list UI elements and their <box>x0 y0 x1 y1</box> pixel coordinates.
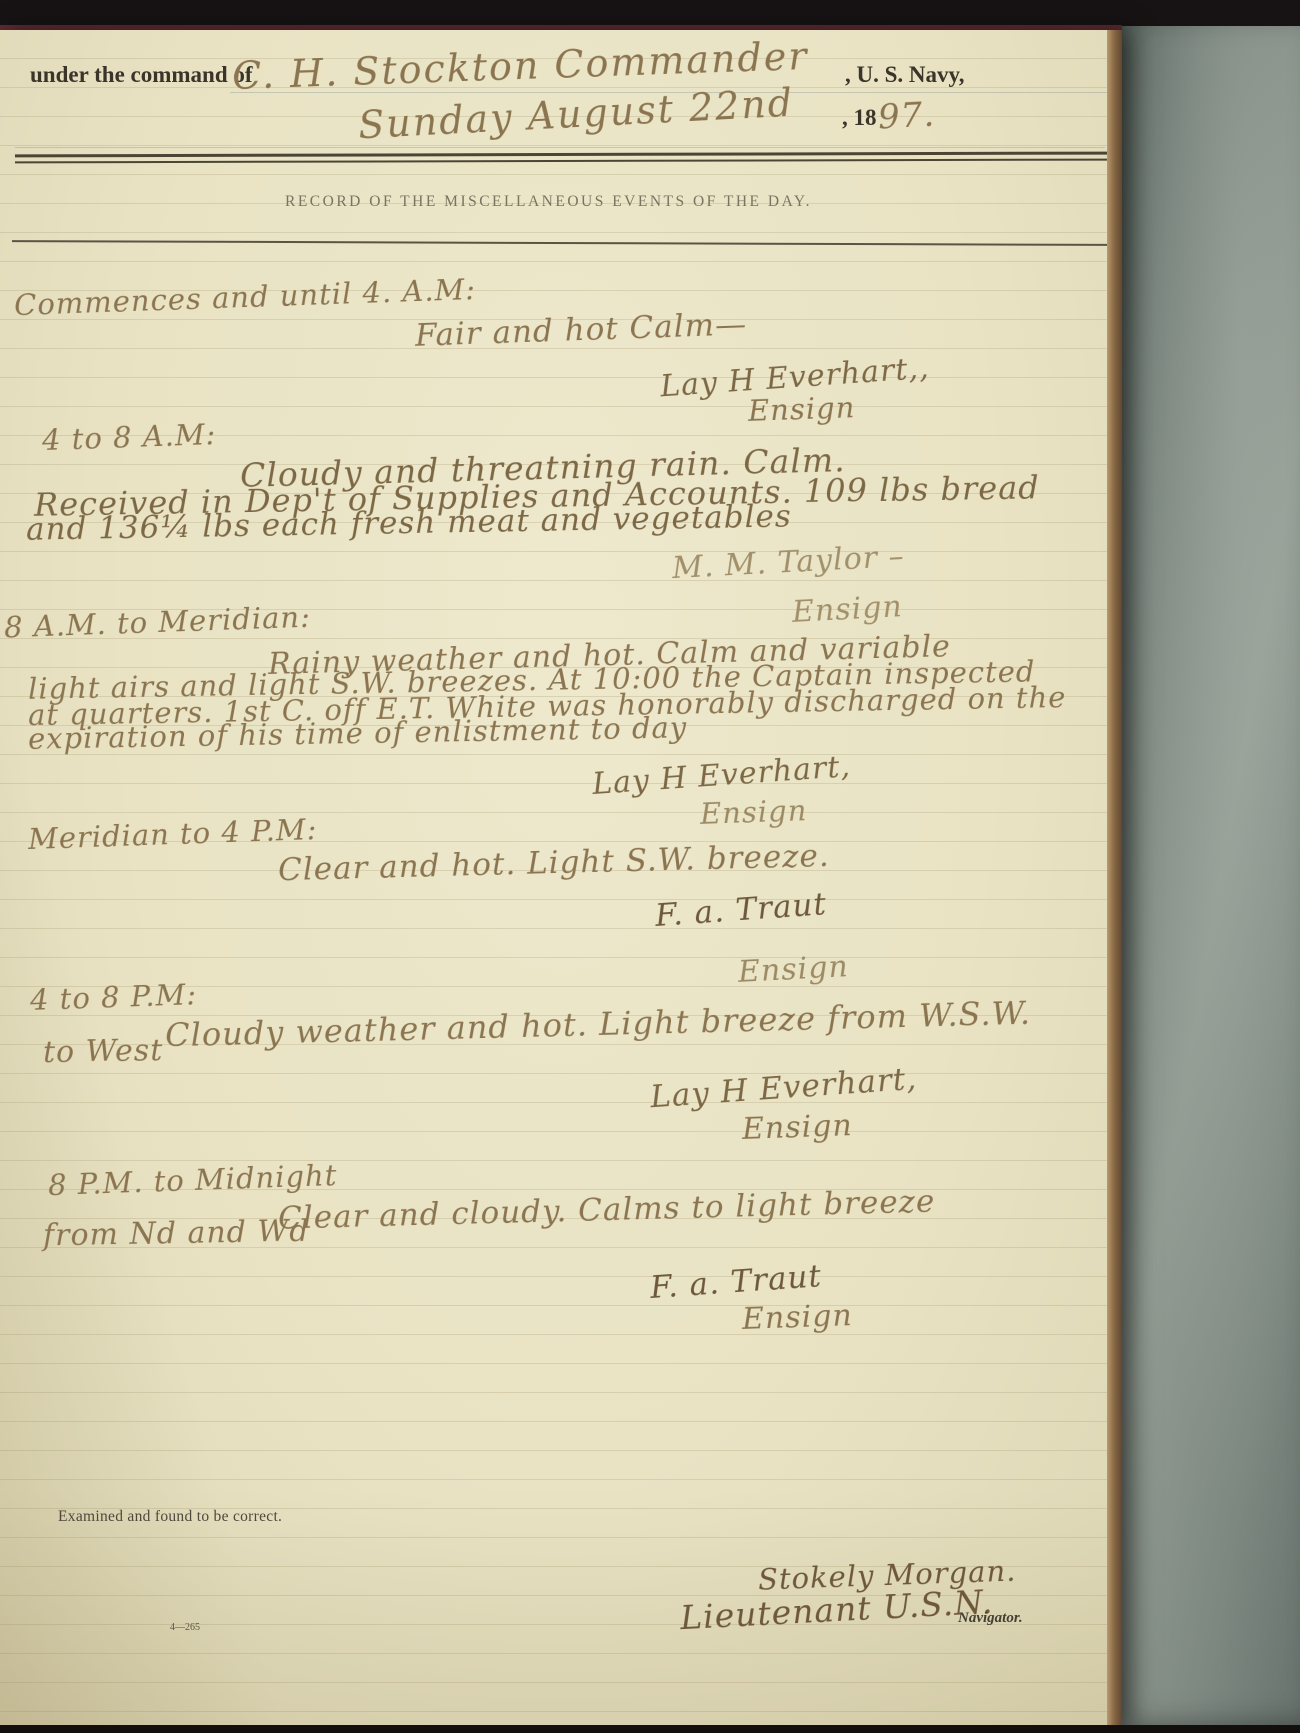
entry-heading: 4 to 8 A.M: <box>41 417 216 457</box>
entry-rank: Ensign <box>791 589 903 630</box>
entry-signature: F. a. Traut <box>649 1258 823 1306</box>
logbook-scan: under the command of C. H. Stockton Comm… <box>0 0 1300 1733</box>
form-number: 4—265 <box>170 1622 200 1633</box>
entry-text-line: Clear and hot. Light S.W. breeze. <box>278 838 830 888</box>
entry-text-line: Fair and hot Calm— <box>414 306 747 354</box>
entry-heading: 4 to 8 P.M: <box>29 977 197 1017</box>
entry-heading: 8 P.M. to Midnight <box>47 1158 337 1202</box>
entry-rank: Ensign <box>737 949 849 990</box>
preprinted-command-label: under the command of <box>30 62 253 88</box>
preprinted-year-prefix: , 18 <box>842 105 877 131</box>
entry-signature: F. a. Traut <box>654 886 828 934</box>
navigator-signature-rank: Lieutenant U.S.N. <box>679 1582 994 1637</box>
preprinted-navy-label: , U. S. Navy, <box>845 62 965 88</box>
entry-signature: Lay H Everhart, <box>591 749 852 802</box>
scan-top-edge <box>0 0 1300 26</box>
entry-rank: Ensign <box>741 1108 853 1147</box>
section-divider-rule <box>12 240 1107 246</box>
header-divider-rule <box>15 152 1107 164</box>
entry-heading: 8 A.M. to Meridian: <box>4 600 312 645</box>
entry-signature: M. M. Taylor – <box>671 539 905 586</box>
log-page: under the command of C. H. Stockton Comm… <box>0 30 1122 1725</box>
entry-heading: Commences and until 4. A.M: <box>14 272 477 322</box>
entry-text-line: Cloudy weather and hot. Light breeze fro… <box>165 994 1032 1055</box>
year-handwriting: 97. <box>877 95 936 138</box>
entry-signature: Lay H Everhart, <box>649 1061 918 1116</box>
section-title: RECORD OF THE MISCELLANEOUS EVENTS OF TH… <box>285 193 812 211</box>
scan-bottom-edge <box>0 1725 1300 1733</box>
examined-note: Examined and found to be correct. <box>58 1508 282 1526</box>
entry-text-line: to West <box>43 1033 164 1070</box>
form-baseline <box>15 147 1105 148</box>
book-cloth-backing <box>1095 12 1300 1727</box>
entry-rank: Ensign <box>747 390 855 428</box>
entry-text-line: from Nd and Wd <box>43 1214 310 1254</box>
entry-rank: Ensign <box>741 1298 853 1337</box>
entry-rank: Ensign <box>699 793 807 831</box>
entry-text-line: Clear and cloudy. Calms to light breeze <box>278 1183 936 1236</box>
preprinted-navigator-label: Navigator. <box>958 1610 1023 1627</box>
entry-heading: Meridian to 4 P.M: <box>27 812 317 856</box>
page-edge <box>1107 30 1122 1725</box>
